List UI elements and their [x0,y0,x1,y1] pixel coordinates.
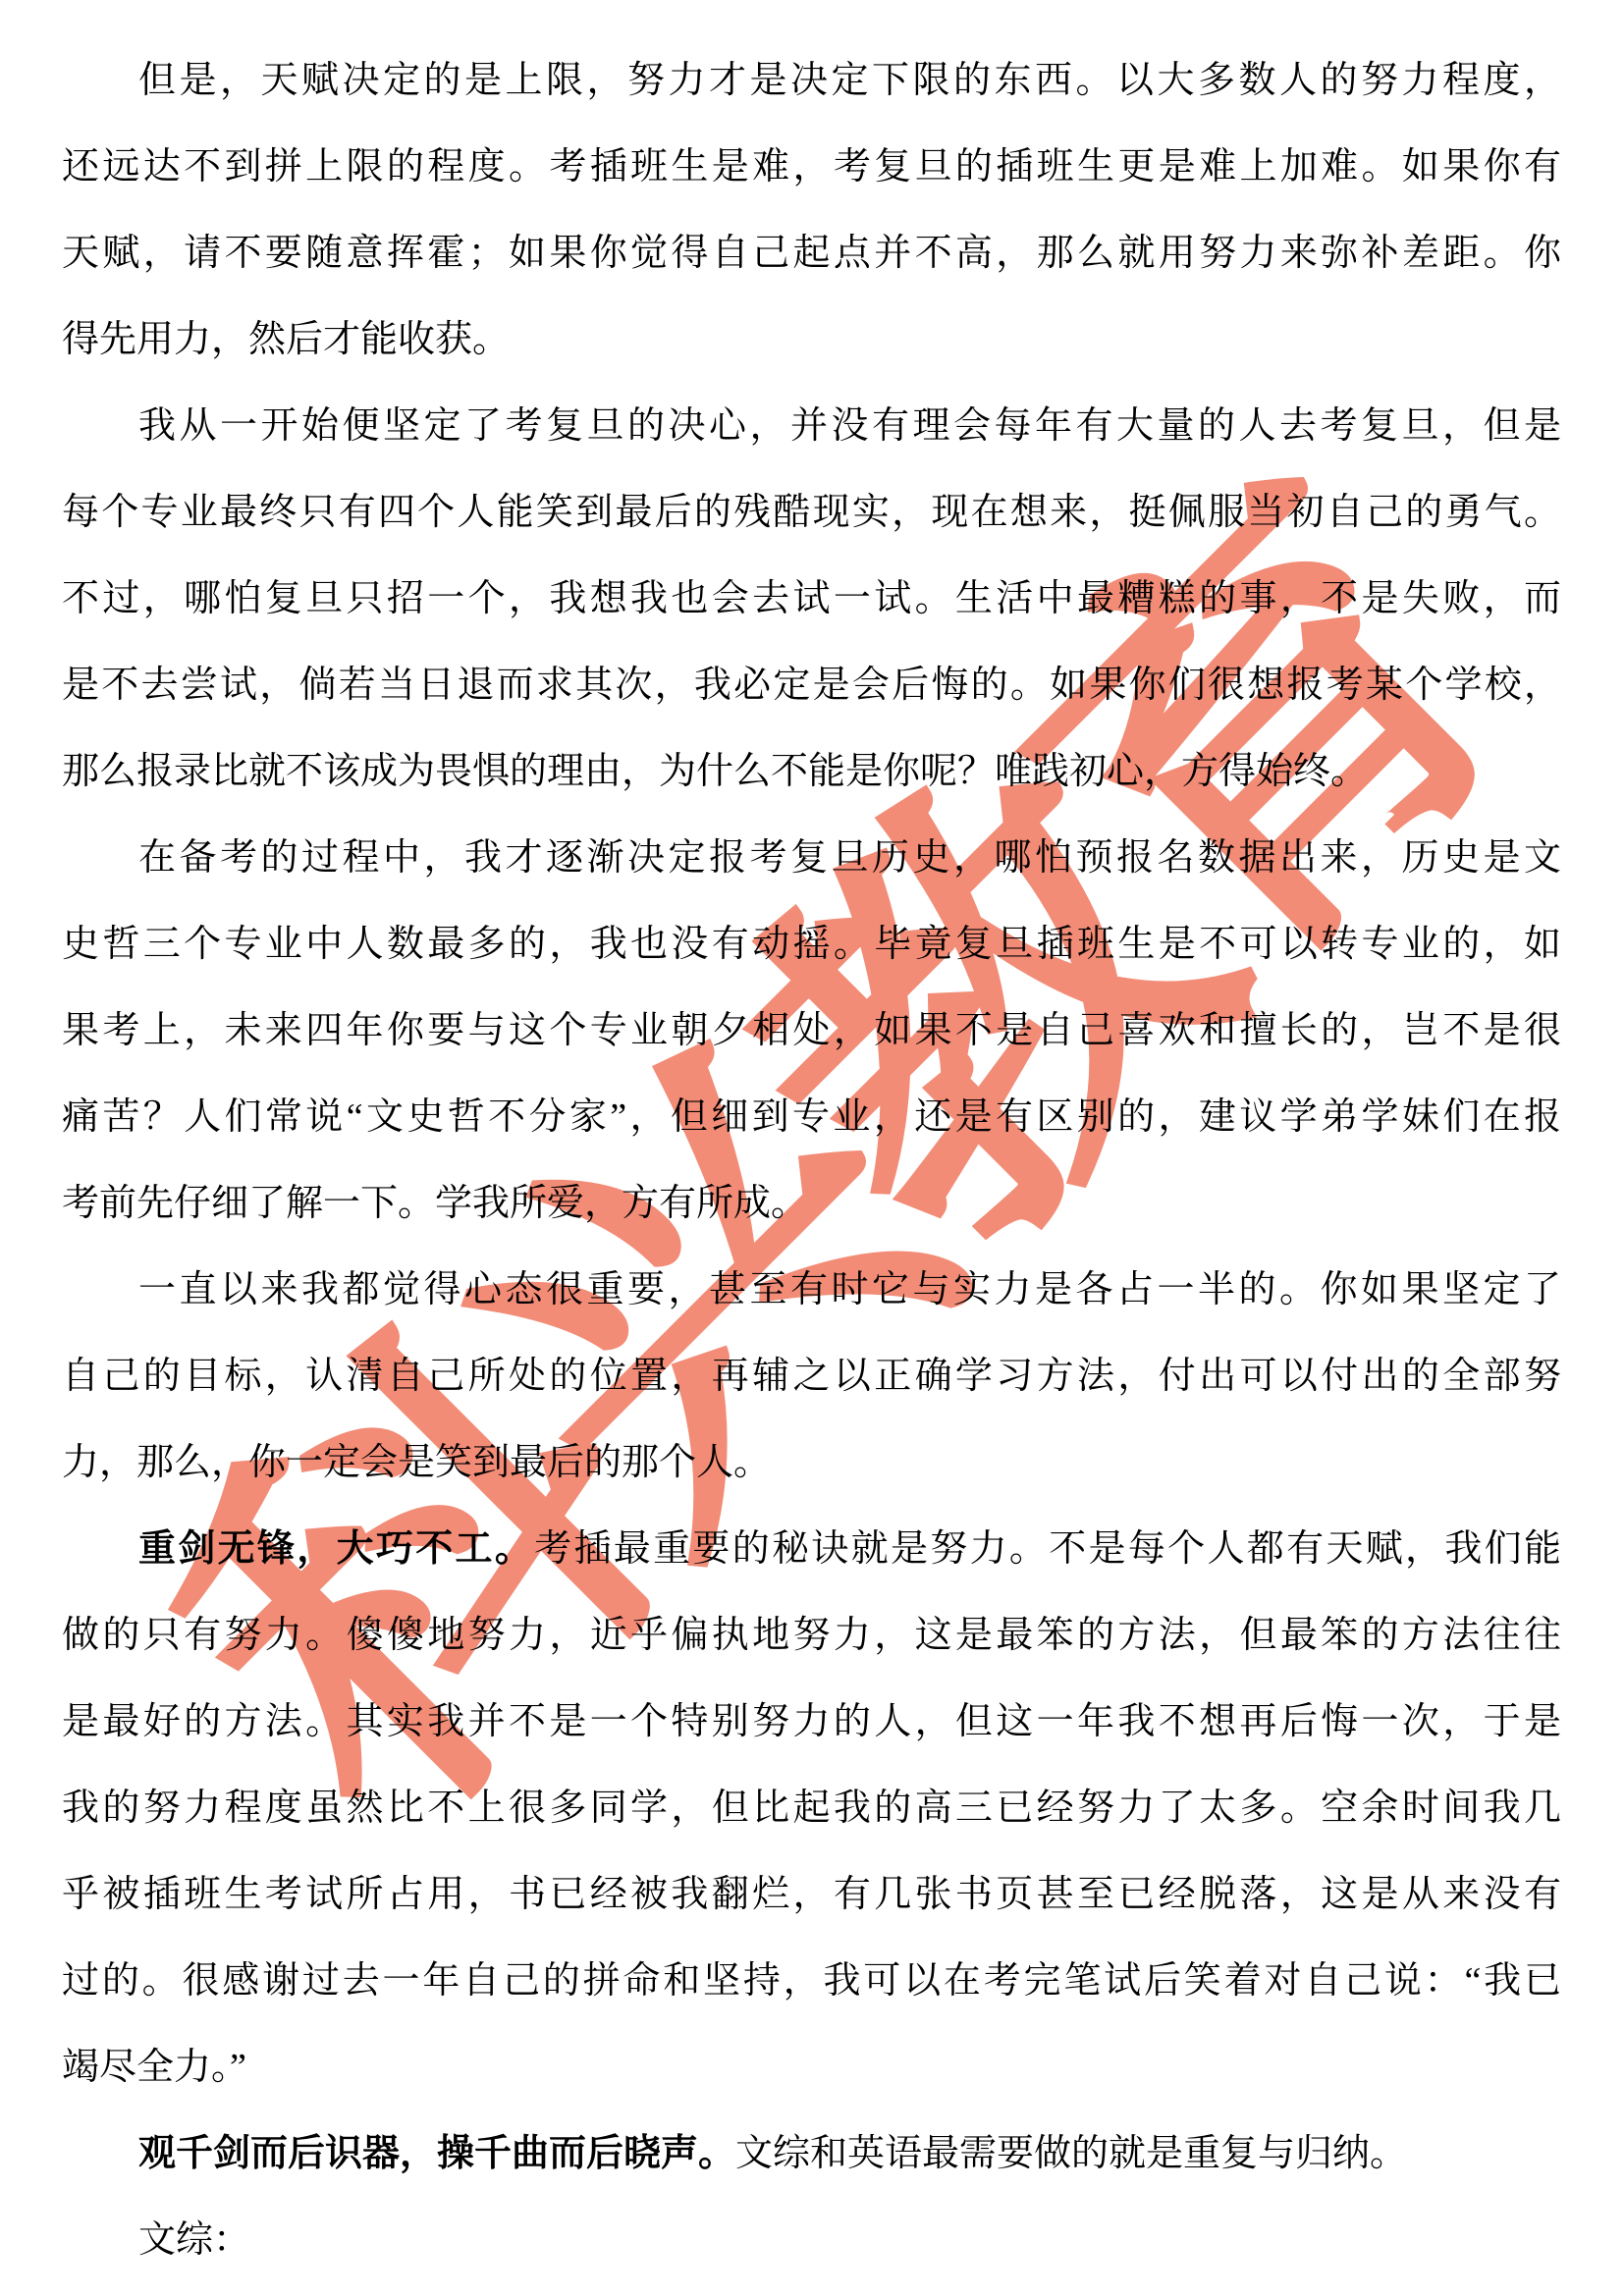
text-line: 是不去尝试，倘若当日退而求其次，我必定是会后悔的。如果你们很想报考某个学校， [62,642,1561,728]
text-line: 一直以来我都觉得心态很重要，甚至有时它与实力是各占一半的。你如果坚定了 [62,1247,1561,1333]
text-line: 果考上，未来四年你要与这个专业朝夕相处，如果不是自己喜欢和擅长的，岂不是很 [62,988,1561,1074]
text-line: 每个专业最终只有四个人能笑到最后的残酷现实，现在想来，挺佩服当初自己的勇气。 [62,469,1561,556]
text-line: 我从一开始便坚定了考复旦的决心，并没有理会每年有大量的人去考复旦，但是 [62,383,1561,469]
text-line: 自己的目标，认清自己所处的位置，再辅之以正确学习方法，付出可以付出的全部努 [62,1333,1561,1419]
text-line: 力，那么，你一定会是笑到最后的那个人。 [62,1419,1561,1506]
document-content: 但是，天赋决定的是上限，努力才是决定下限的东西。以大多数人的努力程度，还远达不到… [62,37,1561,2283]
text-line: 史哲三个专业中人数最多的，我也没有动摇。毕竟复旦插班生是不可以转专业的，如 [62,901,1561,988]
text-line: 做的只有努力。傻傻地努力，近乎偏执地努力，这是最笨的方法，但最笨的方法往往 [62,1592,1561,1679]
text-line: 重剑无锋，大巧不工。考插最重要的秘诀就是努力。不是每个人都有天赋，我们能 [62,1506,1561,1592]
text-line: 天赋，请不要随意挥霍；如果你觉得自己起点并不高，那么就用努力来弥补差距。你 [62,210,1561,296]
bold-lead: 观千剑而后识器，操千曲而后晓声。 [138,2133,735,2174]
text-line: 得先用力，然后才能收获。 [62,296,1561,383]
text-line: 是最好的方法。其实我并不是一个特别努力的人，但这一年我不想再后悔一次，于是 [62,1679,1561,1765]
bold-lead: 重剑无锋，大巧不工。 [138,1528,534,1570]
text-line: 过的。很感谢过去一年自己的拼命和坚持，我可以在考完笔试后笑着对自己说：“我已 [62,1938,1561,2024]
text-line: 还远达不到拼上限的程度。考插班生是难，考复旦的插班生更是难上加难。如果你有 [62,124,1561,210]
text-line: 乎被插班生考试所占用，书已经被我翻烂，有几张书页甚至已经脱落，这是从来没有 [62,1851,1561,1938]
text-line: 但是，天赋决定的是上限，努力才是决定下限的东西。以大多数人的努力程度， [62,37,1561,124]
text-line: 竭尽全力。” [62,2024,1561,2110]
text-line: 痛苦？人们常说“文史哲不分家”，但细到专业，还是有区别的，建议学弟学妹们在报 [62,1074,1561,1160]
text-line: 不过，哪怕复旦只招一个，我想我也会去试一试。生活中最糟糕的事，不是失败，而 [62,556,1561,642]
text-line: 观千剑而后识器，操千曲而后晓声。文综和英语最需要做的就是重复与归纳。 [62,2110,1561,2197]
text-line: 我的努力程度虽然比不上很多同学，但比起我的高三已经努力了太多。空余时间我几 [62,1765,1561,1851]
text-line: 那么报录比就不该成为畏惧的理由，为什么不能是你呢？唯践初心，方得始终。 [62,728,1561,815]
document-page: 科兴教育 但是，天赋决定的是上限，努力才是决定下限的东西。以大多数人的努力程度，… [0,0,1624,2296]
text-line: 在备考的过程中，我才逐渐决定报考复旦历史，哪怕预报名数据出来，历史是文 [62,815,1561,901]
text-line: 文综： [62,2197,1561,2283]
text-line: 考前先仔细了解一下。学我所爱，方有所成。 [62,1160,1561,1247]
